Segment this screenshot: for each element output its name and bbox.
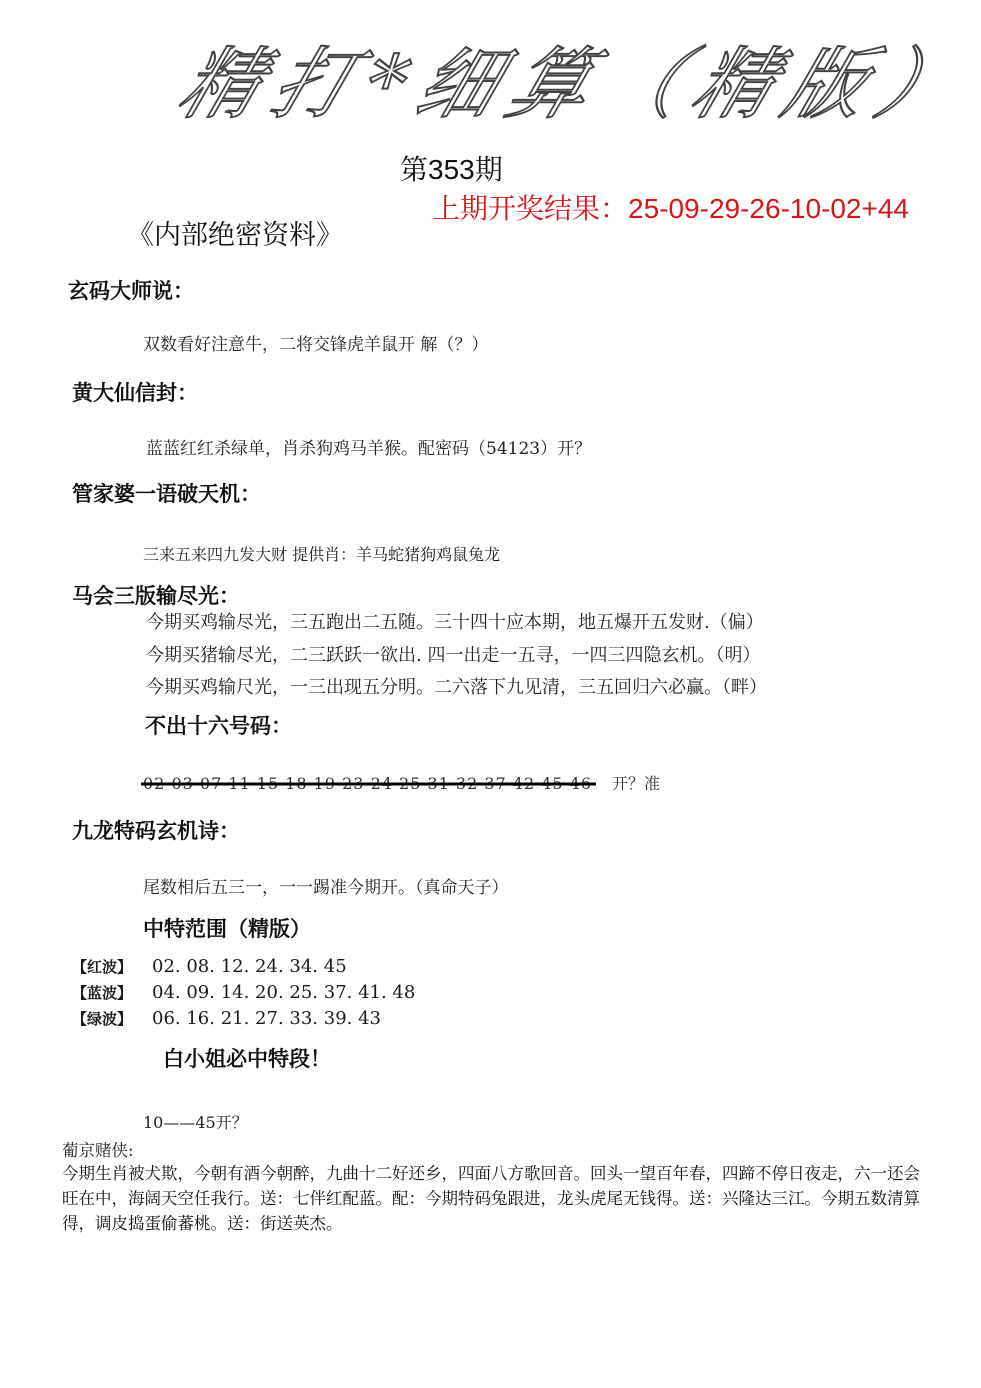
- heading-mahui: 马会三版输尽光：: [72, 580, 240, 610]
- mahui-line-1: 今期买鸡输尽光，三五跑出二五随。三十四十应本期，地五爆开五发财.（偏）: [146, 608, 764, 634]
- last-result: 上期开奖结果：25-09-29-26-10-02+44: [432, 187, 909, 227]
- excluded-numbers-row: 02 03 07 11 15 18 19 23 24 25 31 32 37 4…: [143, 771, 660, 794]
- text-baixiaojie: 10——45开？: [143, 1110, 248, 1133]
- wave-green-numbers: 06. 16. 21. 27. 33. 39. 43: [152, 1008, 381, 1029]
- wave-blue-tag: 【蓝波】: [72, 982, 152, 1003]
- banner-title: 精打*细算（精版）: [167, 22, 981, 134]
- mahui-line-3: 今期买鸡输尺光，一三出现五分明。二六落下九见清，三五回归六必赢。（畔）: [146, 673, 767, 699]
- wave-blue: 【蓝波】04. 09. 14. 20. 25. 37. 41. 48: [72, 982, 415, 1003]
- document-title: 《内部绝密资料》: [127, 213, 343, 252]
- wave-blue-numbers: 04. 09. 14. 20. 25. 37. 41. 48: [152, 982, 415, 1003]
- heading-pujing: 葡京赌侠:: [62, 1137, 134, 1161]
- wave-red-numbers: 02. 08. 12. 24. 34. 45: [152, 956, 347, 977]
- text-jiulong: 尾数相后五三一，一一踢准今期开。（真命天子）: [143, 873, 509, 898]
- heading-jiulong: 九龙特码玄机诗：: [72, 815, 240, 845]
- text-xuanma: 双数看好注意牛，二将交锋虎羊鼠开 解（？）: [143, 330, 488, 355]
- wave-green: 【绿波】06. 16. 21. 27. 33. 39. 43: [72, 1008, 381, 1029]
- issue-number: 第353期: [400, 148, 503, 188]
- text-guanjiapo: 三来五来四九发大财 提供肖：羊马蛇猪狗鸡鼠兔龙: [143, 542, 500, 565]
- mahui-line-2: 今期买猪输尽光，二三跃跃一欲出. 四一出走一五寻，一四三四隐玄机。（明）: [146, 641, 760, 667]
- heading-buchu: 不出十六号码：: [145, 710, 292, 740]
- last-result-numbers: 25-09-29-26-10-02+44: [628, 193, 909, 224]
- banner-title-graphic: 精打*细算（精版）: [185, 22, 785, 137]
- text-huangdaxian: 蓝蓝红红杀绿单，肖杀狗鸡马羊猴。配密码（54123）开？: [146, 434, 591, 459]
- heading-huangdaxian: 黄大仙信封：: [72, 377, 198, 407]
- wave-green-tag: 【绿波】: [72, 1008, 152, 1029]
- text-pujing: 今期生肖被犬欺，今朝有酒今朝醉，九曲十二好还乡，四面八方歌回音。回头一望百年春，…: [62, 1161, 922, 1236]
- heading-xuanma: 玄码大师说：: [68, 275, 194, 305]
- wave-red: 【红波】02. 08. 12. 24. 34. 45: [72, 956, 347, 977]
- heading-zhongte: 中特范围（精版）: [143, 913, 311, 943]
- excluded-tail: 开？准: [612, 774, 660, 793]
- last-result-label: 上期开奖结果：: [432, 193, 628, 224]
- heading-baixiaojie: 白小姐必中特段！: [163, 1043, 331, 1073]
- heading-guanjiapo: 管家婆一语破天机：: [72, 478, 261, 508]
- excluded-numbers: 02 03 07 11 15 18 19 23 24 25 31 32 37 4…: [143, 774, 592, 793]
- wave-red-tag: 【红波】: [72, 956, 152, 977]
